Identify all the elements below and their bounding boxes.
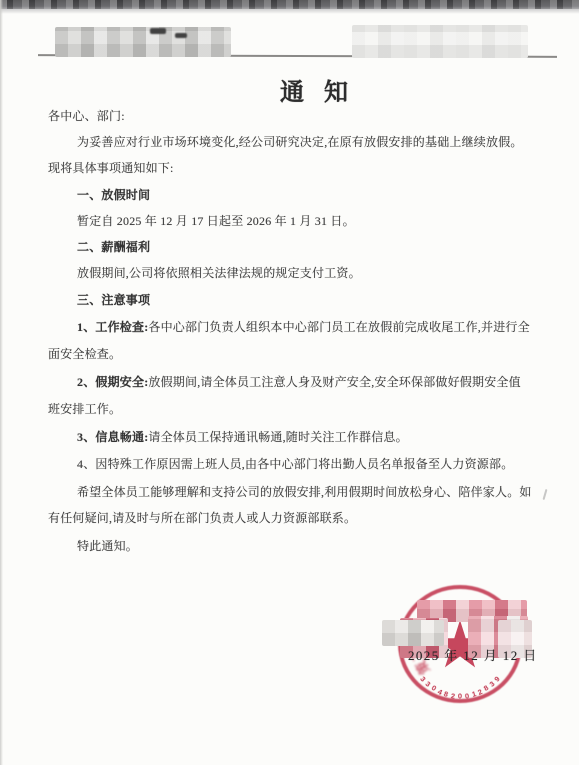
body-line: 4、因特殊工作原因需上班人员,由各中心部门将出勤人员名单报备至人力资源部。 (48, 456, 567, 473)
item-label: 3、信息畅通: (77, 430, 148, 444)
section-heading: 三、注意事项 (48, 292, 567, 309)
item-label: 1、工作检查: (77, 320, 148, 334)
body-line: 暂定自 2025 年 12 月 17 日起至 2026 年 1 月 31 日。 (48, 213, 567, 230)
salutation-line: 各中心、部门: (48, 108, 538, 125)
seal-redaction-block (382, 620, 444, 646)
letterhead-ink-mark (175, 33, 187, 38)
section-heading: 一、放假时间 (48, 187, 567, 204)
letterhead-ink-mark (150, 28, 166, 34)
body-line: 2、假期安全:放假期间,请全体员工注意人身及财产安全,安全环保部做好假期安全值 (48, 374, 567, 391)
body-line: 放假期间,公司将依照相关法律法规的规定支付工资。 (48, 265, 567, 282)
body-line: 有任何疑问,请及时与所在部门负责人或人力资源部联系。 (48, 510, 538, 527)
seal-date: 2025 年 12 月 12 日 (408, 645, 538, 664)
scan-edge-artifact (0, 0, 579, 9)
scan-edge-shadow (0, 9, 579, 14)
letterhead-redaction-right (352, 25, 528, 58)
closing-line: 特此通知。 (48, 538, 567, 555)
item-label: 2、假期安全: (77, 375, 148, 389)
body-line: 1、工作检查:各中心部门负责人组织本中心部门员工在放假前完成收尾工作,并进行全 (48, 319, 567, 336)
body-line: 为妥善应对行业市场环境变化,经公司研究决定,在原有放假安排的基础上继续放假。 (48, 134, 567, 151)
scan-left-edge (0, 0, 3, 765)
body-line: 现将具体事项通知如下: (48, 160, 538, 177)
body-line: 班安排工作。 (48, 401, 538, 418)
body-line: 面安全检查。 (48, 346, 538, 363)
body-line: 希望全体员工能够理解和支持公司的放假安排,利用假期时间放松身心、陪伴家人。如 (48, 484, 567, 501)
item-text: 各中心部门负责人组织本中心部门员工在放假前完成收尾工作,并进行全 (148, 320, 529, 334)
doc-title: 通 知 (280, 72, 350, 107)
item-text: 请全体员工保持通讯畅通,随时关注工作群信息。 (148, 430, 407, 444)
scanned-notice-document: 通 知 各中心、部门: 为妥善应对行业市场环境变化,经公司研究决定,在原有放假安… (0, 0, 579, 765)
seal-arc-glyph: 0 (458, 692, 462, 701)
letterhead-redaction-left (55, 27, 231, 57)
section-heading: 二、薪酬福利 (48, 239, 567, 256)
body-line: 3、信息畅通:请全体员工保持通讯畅通,随时关注工作群信息。 (48, 429, 567, 446)
item-text: 放假期间,请全体员工注意人身及财产安全,安全环保部做好假期安全值 (148, 375, 520, 389)
